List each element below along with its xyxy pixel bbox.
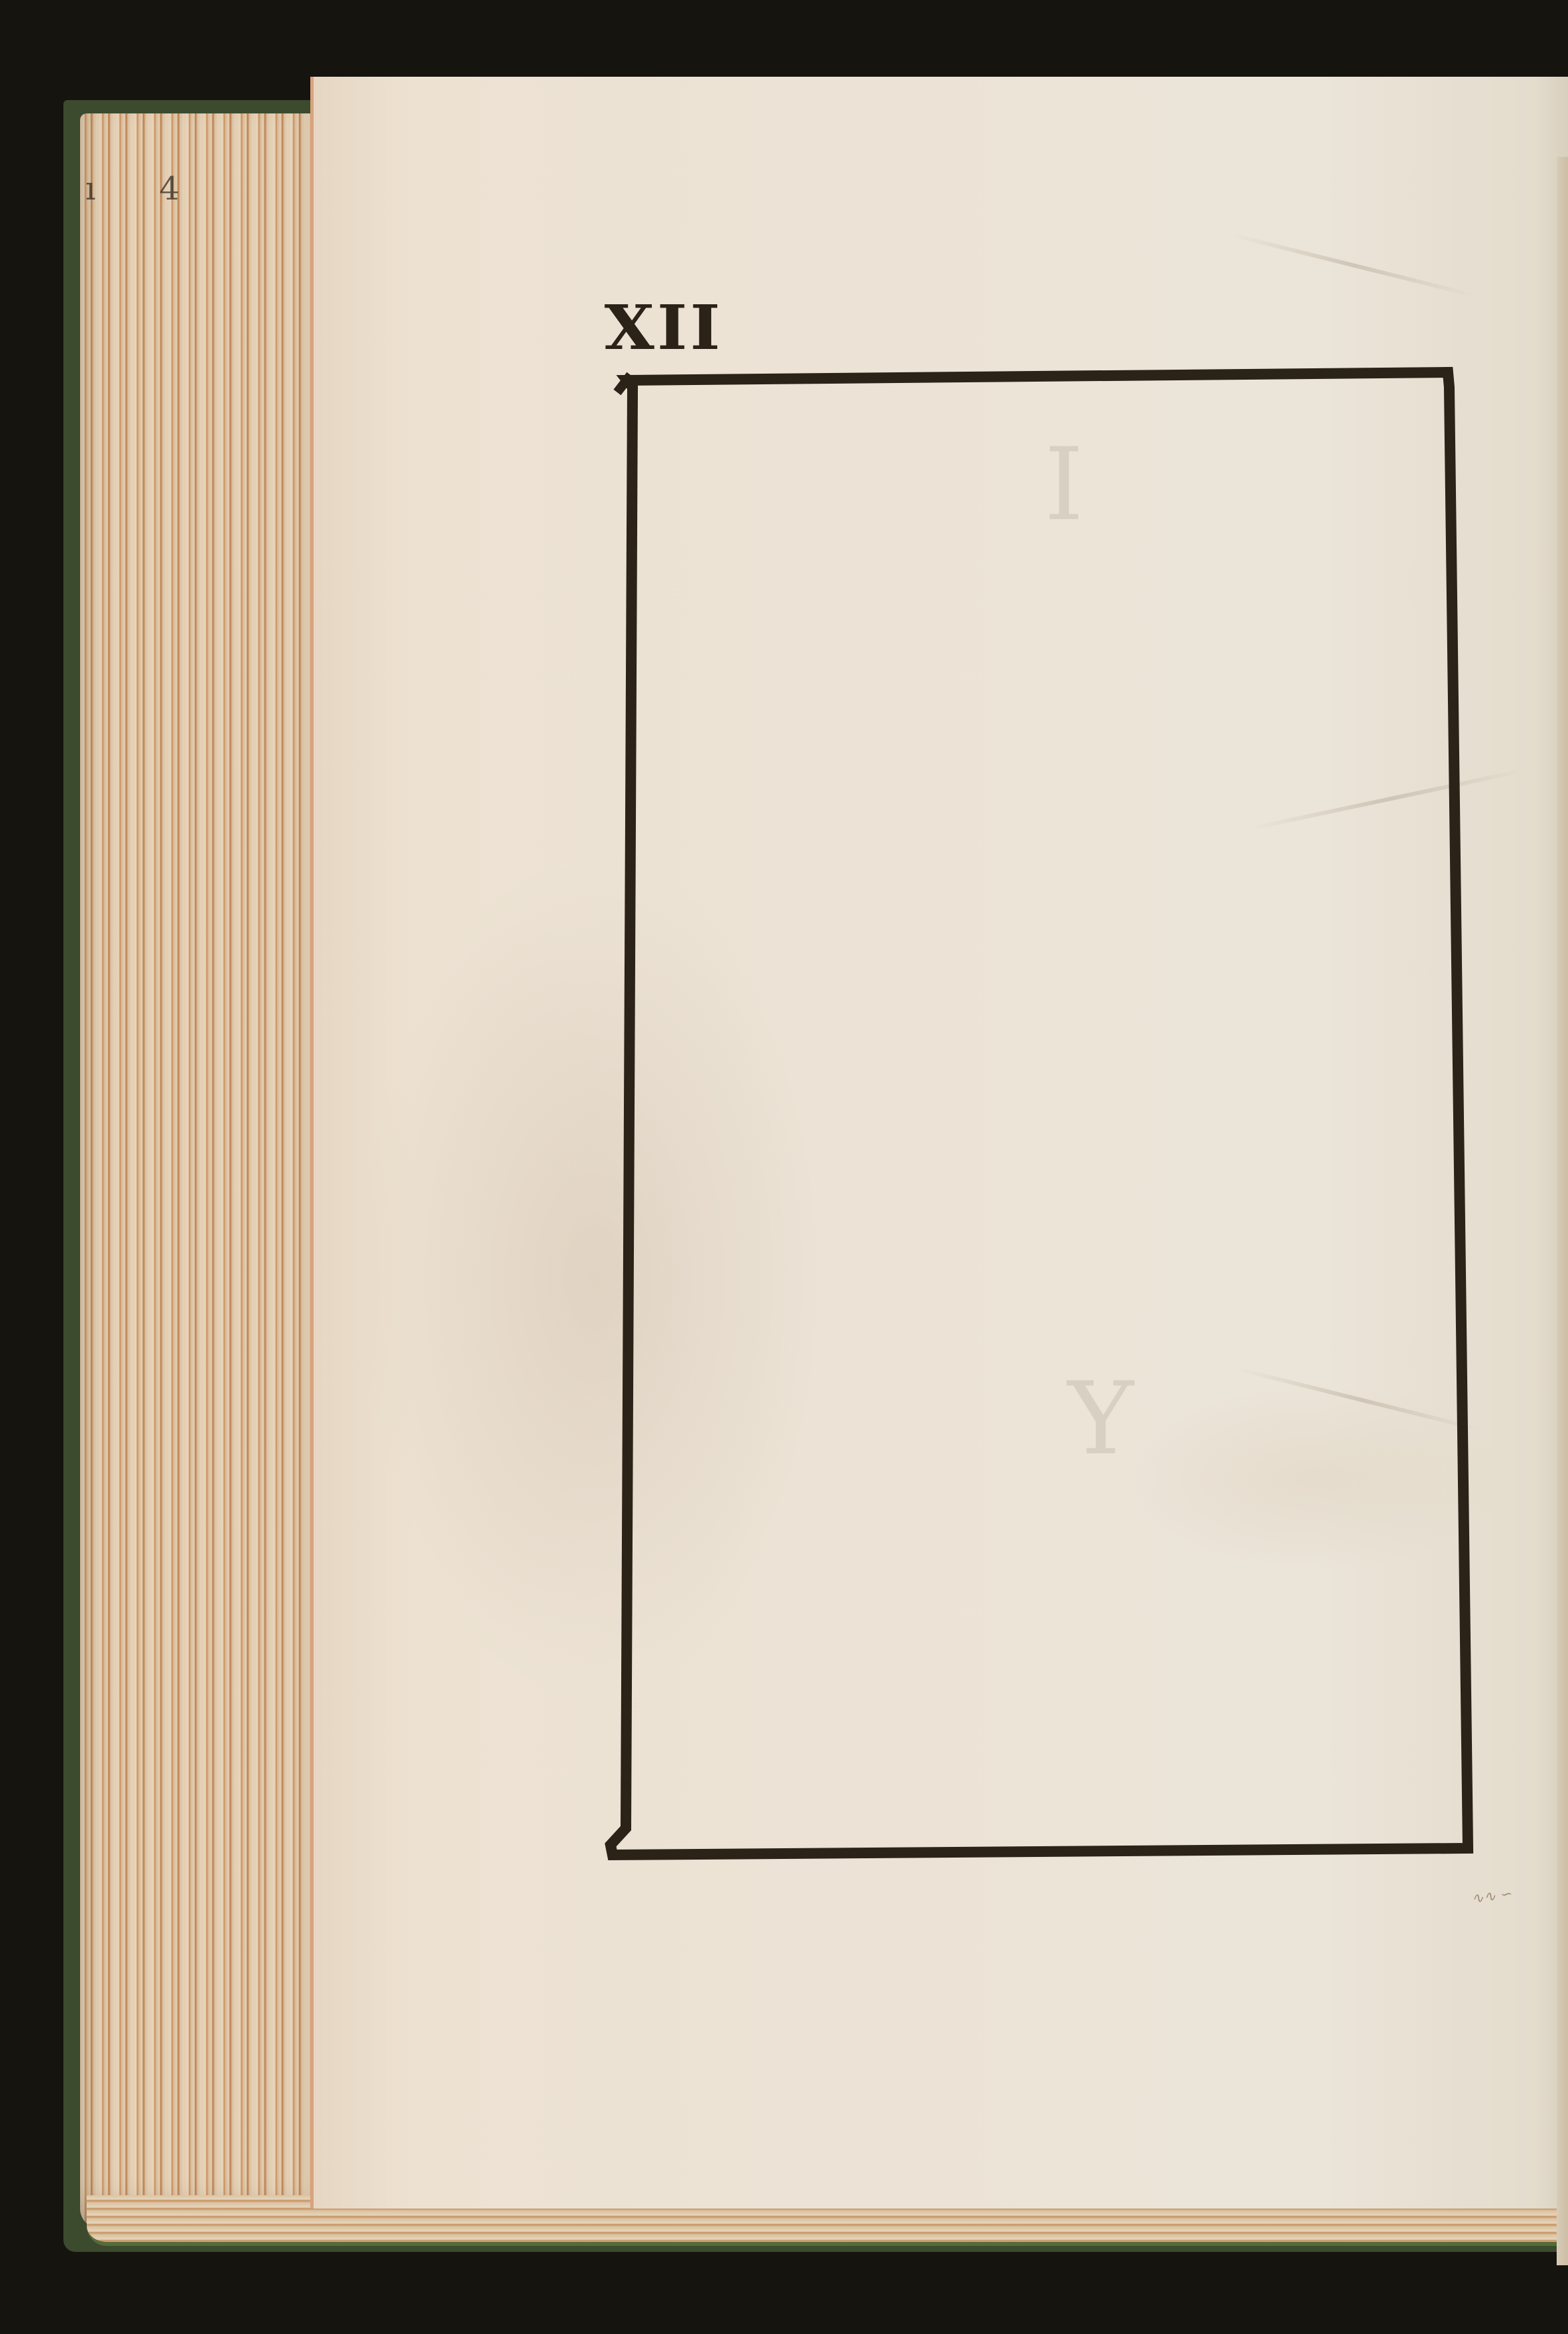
page-edge-glyphs: ı 4 (85, 170, 206, 208)
paper-crease (1231, 233, 1478, 298)
plate-number-heading: XII (605, 297, 723, 358)
page-right-edge (1557, 157, 1568, 2265)
page-edges-stack (80, 113, 320, 2229)
hand-drawn-frame (601, 360, 1481, 1868)
frame-outline-icon (601, 360, 1481, 1868)
scanned-book-spread: ı 4 I Y XII ∿∿ ∽ (0, 0, 1568, 2334)
